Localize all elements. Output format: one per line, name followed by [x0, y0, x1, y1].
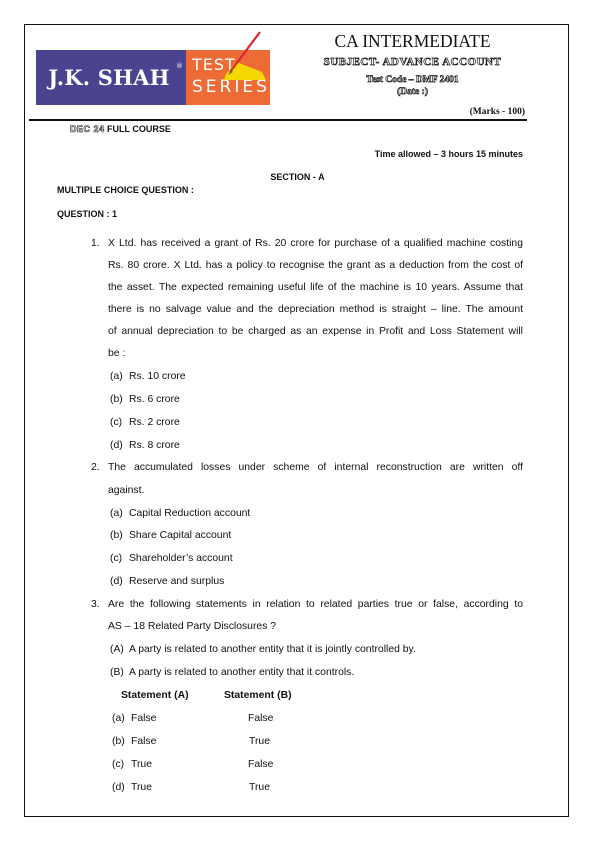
question-number: 1.	[91, 238, 100, 249]
question-text-line: the asset. The expected remaining useful…	[108, 282, 523, 293]
registered-mark: ®	[176, 62, 183, 70]
exam-date: (Date :)	[290, 87, 535, 97]
question-text-line: The accumulated losses under scheme of i…	[108, 462, 523, 473]
option-d[interactable]: (d)Rs. 8 crore	[110, 440, 180, 451]
question-text-line: be :	[108, 348, 523, 359]
statement-b: (B)A party is related to another entity …	[110, 667, 354, 678]
logo-brand-panel: J.K. SHAH ®	[36, 50, 186, 105]
page-border	[24, 24, 569, 817]
exam-subject: SUBJECT- ADVANCE ACCOUNT	[290, 56, 535, 68]
course-code: DEC 24	[70, 124, 105, 134]
question-heading: QUESTION : 1	[57, 209, 117, 219]
question-text-line: X Ltd. has received a grant of Rs. 20 cr…	[108, 238, 523, 249]
jk-shah-test-series-logo: J.K. SHAH ® TEST SERIES	[36, 50, 270, 105]
question-number: 3.	[91, 599, 100, 610]
option-c[interactable]: (c)Shareholder’s account	[110, 553, 233, 564]
question-text-line: AS – 18 Related Party Disclosures ?	[108, 621, 523, 632]
option-c[interactable]: (c)Rs. 2 crore	[110, 417, 180, 428]
question-type-heading: MULTIPLE CHOICE QUESTION :	[57, 185, 194, 195]
option-d[interactable]: (d)Reserve and surplus	[110, 576, 224, 587]
question-text-line: of annual depreciation to be charged as …	[108, 326, 523, 337]
table-header-statement-b: Statement (B)	[224, 690, 292, 701]
header-divider	[29, 119, 527, 121]
question-text-line: there is no salvage value and the deprec…	[108, 304, 523, 315]
option-b[interactable]: (b)Share Capital account	[110, 530, 231, 541]
course-line: DEC 24 FULL COURSE	[70, 124, 171, 134]
question-text-line: against.	[108, 485, 523, 496]
total-marks: (Marks - 100)	[470, 107, 525, 117]
exam-title: CA INTERMEDIATE	[300, 31, 525, 52]
table-header-statement-a: Statement (A)	[121, 690, 189, 701]
logo-series-text: SERIES	[192, 77, 270, 97]
question-number: 2.	[91, 462, 100, 473]
question-text-line: Rs. 80 crore. X Ltd. has a policy to rec…	[108, 260, 523, 271]
test-code: Test Code – DMF 2401	[290, 75, 535, 85]
statement-a: (A)A party is related to another entity …	[110, 644, 416, 655]
logo-brand-name: J.K. SHAH	[48, 65, 169, 90]
question-text-line: Are the following statements in relation…	[108, 599, 523, 610]
option-a[interactable]: (a)Rs. 10 crore	[110, 371, 186, 382]
logo-test-series-panel: TEST SERIES	[186, 50, 270, 105]
section-heading: SECTION - A	[0, 172, 595, 182]
course-label: FULL COURSE	[107, 124, 171, 134]
option-b[interactable]: (b)Rs. 6 crore	[110, 394, 180, 405]
time-allowed: Time allowed – 3 hours 15 minutes	[375, 149, 523, 159]
pencil-icon	[220, 28, 268, 80]
option-a[interactable]: (a)Capital Reduction account	[110, 508, 250, 519]
